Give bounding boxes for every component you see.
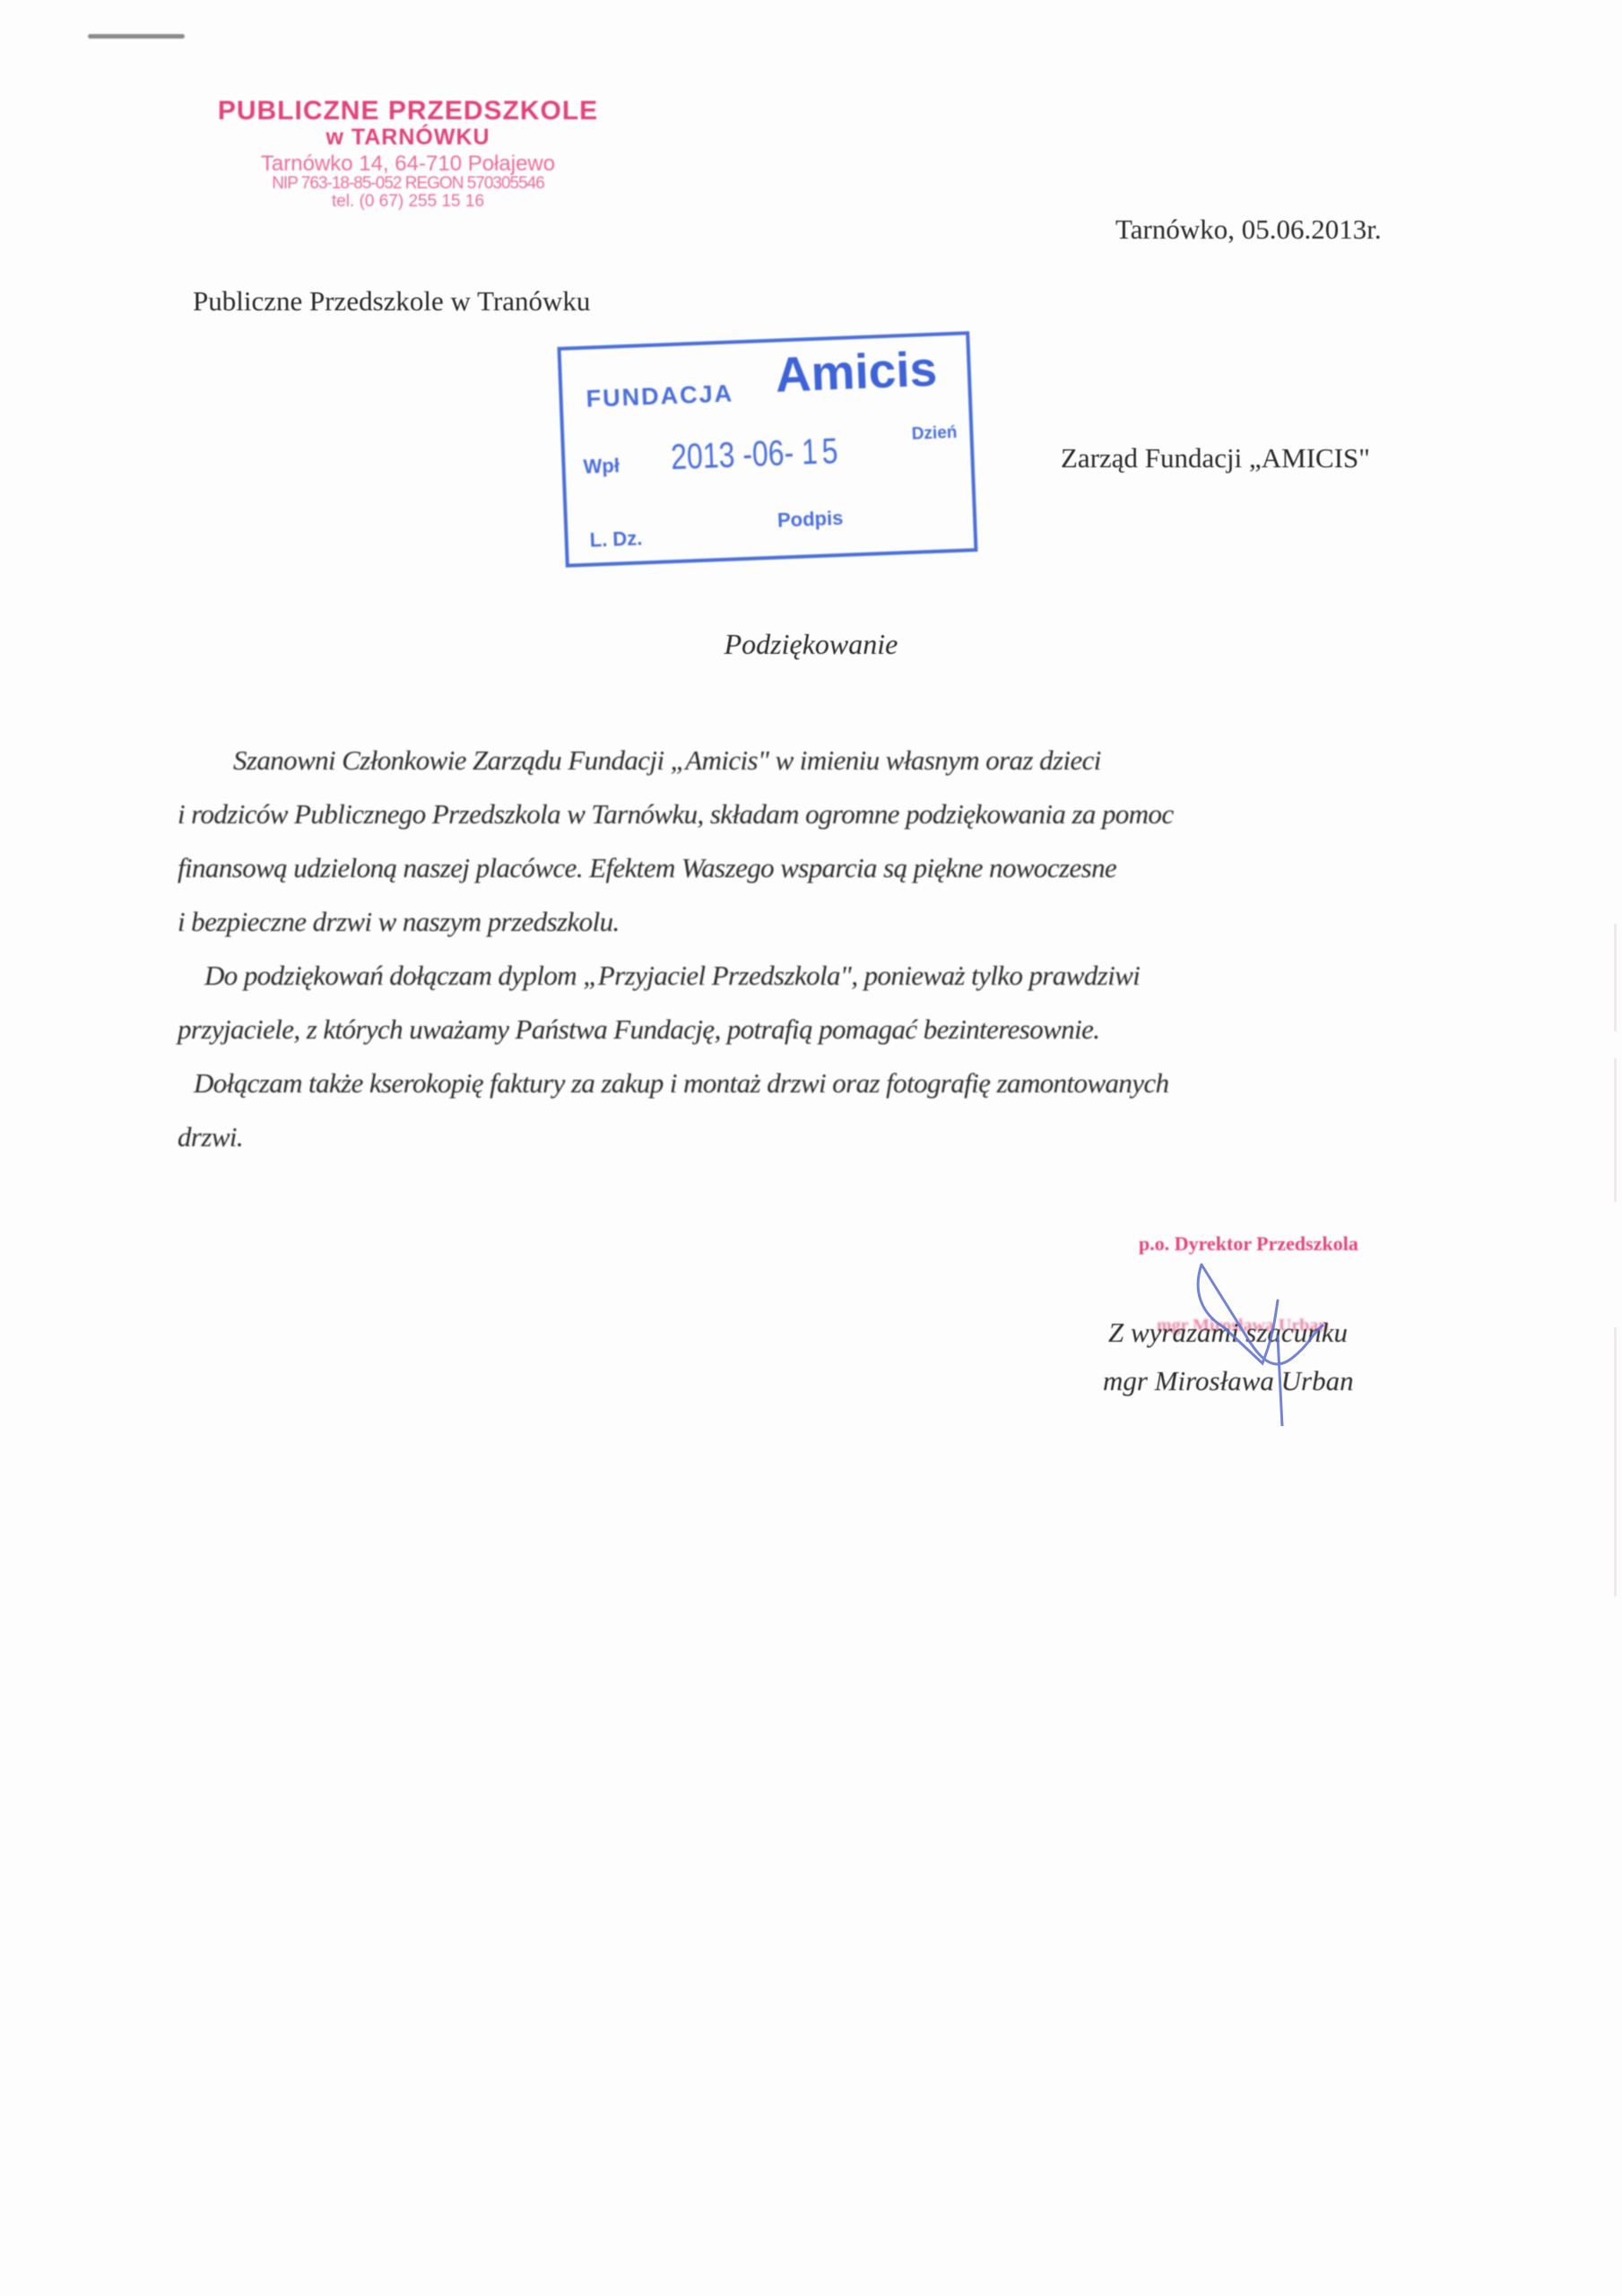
receipt-date-main: 2013 -06-	[670, 433, 794, 477]
school-stamp-phone: tel. (0 67) 255 15 16	[215, 193, 601, 211]
body-line: drzwi.	[178, 1110, 1433, 1164]
recipient: Zarząd Fundacji „AMICIS"	[1061, 442, 1370, 474]
closing-phrase: Z wyrazami szacunku	[1108, 1317, 1348, 1349]
sender: Publiczne Przedszkole w Tranówku	[193, 285, 590, 317]
receipt-stamp-org: Amicis	[775, 340, 939, 404]
receipt-stamp-signature-label: Podpis	[777, 507, 844, 533]
place-date: Tarnówko, 05.06.2013r.	[1115, 213, 1382, 246]
school-stamp-name: PUBLICZNE PRZEDSZKOLE	[215, 97, 601, 126]
scan-edge-mark	[1614, 1327, 1617, 1596]
school-stamp-ids: NIP 763-18-85-052 REGON 570305546	[215, 175, 601, 193]
signature-block: p.o. Dyrektor Przedszkola mgr Mirosława …	[1103, 1229, 1444, 1426]
scan-edge-mark	[1614, 1058, 1617, 1202]
letter-body: Szanowni Członkowie Zarządu Fundacji „Am…	[178, 734, 1433, 1164]
body-line: i rodziców Publicznego Przedszkola w Tar…	[178, 787, 1433, 841]
receipt-stamp-day-label: Dzień	[911, 423, 957, 445]
school-stamp: PUBLICZNE PRZEDSZKOLE w TARNÓWKU Tarnówk…	[215, 97, 601, 211]
scan-edge-mark	[1614, 924, 1617, 1031]
receipt-stamp-received-label: Wpł	[583, 454, 620, 479]
school-stamp-town: w TARNÓWKU	[215, 126, 601, 149]
receipt-stamp: FUNDACJA Amicis Wpł 2013 -06- 15 Dzień L…	[557, 331, 977, 567]
letter-title: Podziękowanie	[0, 628, 1622, 661]
receipt-date-day: 15	[801, 431, 843, 473]
receipt-stamp-prefix: FUNDACJA	[585, 379, 734, 413]
body-line: Szanowni Członkowie Zarządu Fundacji „Am…	[178, 734, 1433, 787]
pen-mark	[88, 34, 185, 39]
body-line: Dołączam także kserokopię faktury za zak…	[178, 1057, 1433, 1110]
body-line: przyjaciele, z których uważamy Państwa F…	[178, 1003, 1433, 1057]
signer-name: mgr Mirosława Urban	[1103, 1365, 1354, 1397]
body-line: i bezpieczne drzwi w naszym przedszkolu.	[178, 895, 1433, 949]
body-line: finansową udzieloną naszej placówce. Efe…	[178, 841, 1433, 895]
receipt-stamp-ref-label: L. Dz.	[589, 526, 643, 552]
body-line: Do podziękowań dołączam dyplom „Przyjaci…	[178, 949, 1433, 1003]
school-stamp-address: Tarnówko 14, 64-710 Połajewo	[215, 152, 601, 175]
receipt-stamp-date: 2013 -06- 15	[670, 431, 843, 478]
director-stamp: p.o. Dyrektor Przedszkola	[1139, 1232, 1358, 1256]
